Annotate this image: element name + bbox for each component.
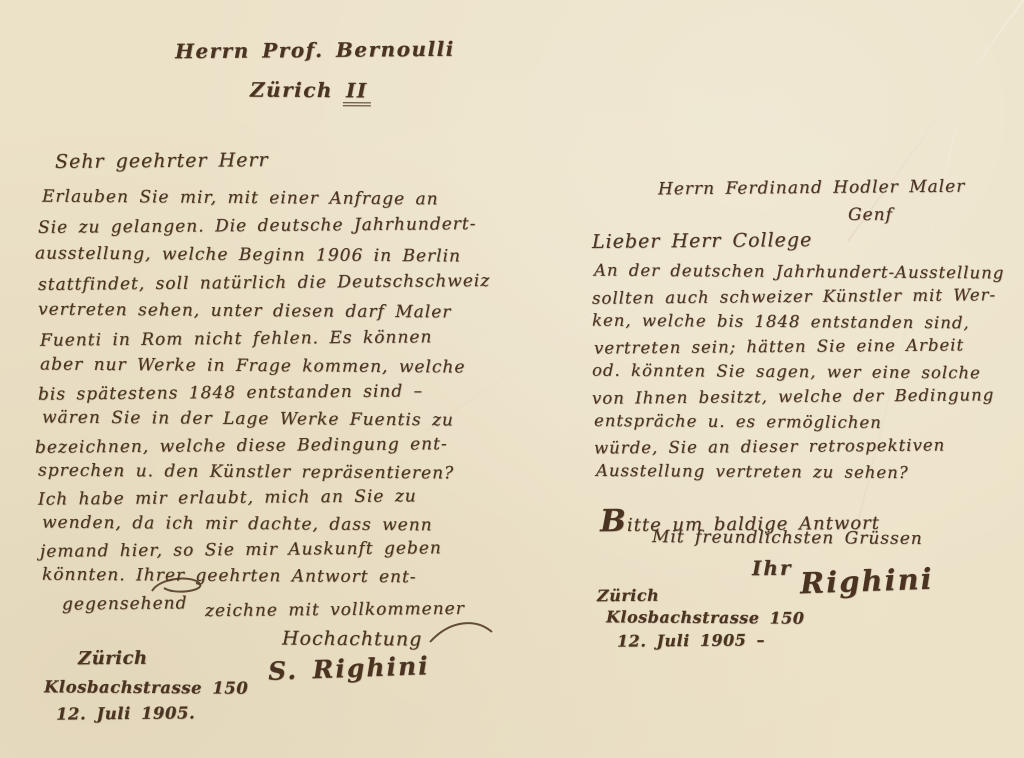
body-line: wären Sie in der Lage Werke Fuentis zu	[42, 408, 454, 431]
recipient-name: Herrn Ferdinand Hodler Maler	[658, 177, 965, 200]
body-line: An der deutschen Jahrhundert-Ausstellung	[594, 261, 1004, 283]
salutation: Lieber Herr College	[592, 229, 812, 253]
address-city: Zürich	[597, 586, 659, 606]
address-date: 12. Juli 1905 –	[617, 630, 765, 650]
body-line: Ich habe mir erlaubt, mich an Sie zu	[38, 486, 417, 509]
body-line: von Ihnen besitzt, welche der Bedingung	[592, 385, 994, 408]
recipient-city-text: Zürich	[250, 78, 333, 103]
body-line: sollten auch schweizer Künstler mit Wer-	[592, 285, 996, 308]
ink-scribble	[150, 575, 210, 601]
body-line: würde, Sie an dieser retrospektiven	[594, 435, 945, 457]
body-line: entspräche u. es ermöglichen	[594, 411, 882, 432]
recipient-city: ZürichII	[250, 78, 371, 103]
signature: Righini	[799, 562, 934, 601]
closing-line: Mit freundlichsten Grüssen	[652, 527, 923, 549]
body-line: vertreten sehen, unter diesen darf Maler	[38, 300, 452, 323]
body-line: vertreten sein; hätten Sie eine Arbeit	[594, 335, 964, 357]
body-line: jemand hier, so Sie mir Auskunft geben	[40, 538, 442, 562]
closing-line: zeichne mit vollkommener	[205, 599, 465, 621]
body-line: sprechen u. den Künstler repräsentieren?	[38, 461, 454, 484]
body-line: Ausstellung vertreten zu sehen?	[596, 461, 909, 482]
body-line: Fuenti in Rom nicht fehlen. Es können	[40, 327, 433, 350]
address-street: Klosbachstrasse 150	[606, 607, 805, 627]
body-line: Sie zu gelangen. Die deutsche Jahrhunder…	[38, 214, 477, 238]
body-line: bezeichnen, welche diese Bedingung ent-	[35, 434, 448, 458]
body-line: aber nur Werke in Frage kommen, welche	[40, 355, 466, 378]
closing-line: Hochachtung	[282, 628, 423, 651]
recipient-name: Herrn Prof. Bernoulli	[175, 37, 455, 63]
letter-scan-page: Herrn Prof. Bernoulli ZürichII Sehr geeh…	[0, 0, 1024, 758]
body-line: ausstellung, welche Beginn 1906 in Berli…	[35, 244, 461, 267]
body-line: od. könnten Sie sagen, wer eine solche	[592, 361, 981, 383]
body-line: ken, welche bis 1848 entstanden sind,	[592, 311, 970, 333]
recipient-district-underlined: II	[343, 78, 371, 106]
address-date: 12. Juli 1905.	[56, 703, 195, 723]
body-line: Erlauben Sie mir, mit einer Anfrage an	[42, 187, 439, 210]
address-city: Zürich	[78, 648, 148, 670]
salutation: Sehr geehrter Herr	[55, 149, 269, 173]
signature: S. Righini	[268, 651, 431, 686]
body-line: stattfindet, soll natürlich die Deutschs…	[38, 271, 490, 295]
flourish-icon	[428, 618, 498, 648]
body-line: bis spätestens 1848 entstanden sind –	[38, 381, 423, 404]
body-line: könnten. Ihrer geehrten Antwort ent-	[42, 565, 417, 588]
address-street: Klosbachstrasse 150	[44, 677, 248, 697]
signature-prefix: Ihr	[752, 556, 793, 580]
body-line: wenden, da ich mir dachte, dass wenn	[42, 513, 433, 536]
recipient-city: Genf	[848, 205, 893, 225]
